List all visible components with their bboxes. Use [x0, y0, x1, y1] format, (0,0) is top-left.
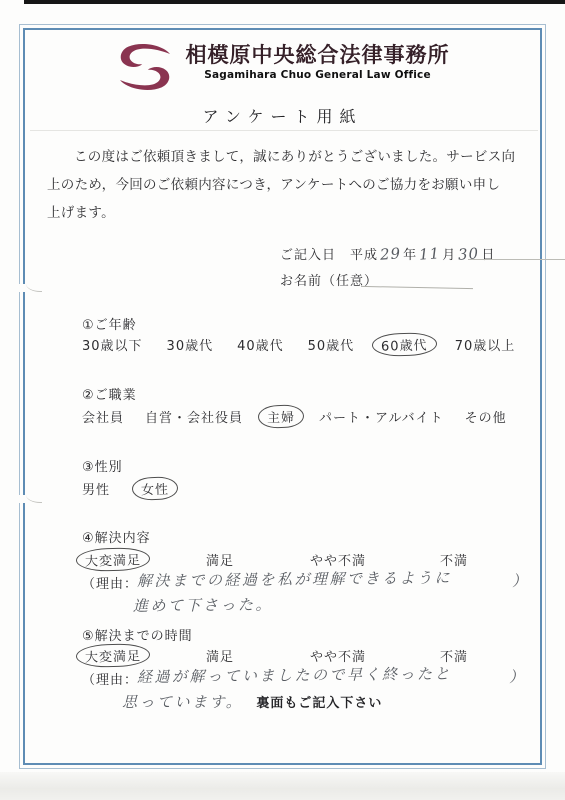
crease-line	[30, 130, 538, 131]
intro-line: この度はご依頼頂きまして，誠にありがとうございました。サービス向	[47, 143, 527, 171]
scan-edge-bar	[24, 0, 565, 4]
handwritten-paren: ）	[512, 570, 530, 591]
office-name-english: Sagamihara Chuo General Law Office	[186, 69, 450, 81]
date-underline	[468, 259, 565, 260]
question-result-title: ④解決内容	[82, 527, 151, 546]
intro-paragraph: この度はご依頼頂きまして，誠にありがとうございました。サービス向 上のため，今回…	[47, 143, 527, 227]
option: 男性	[82, 479, 110, 498]
era-label: 平成	[350, 248, 378, 263]
date-label: ご記入日	[280, 248, 336, 263]
option: 満足	[206, 550, 234, 569]
question-age-title: ①ご年齢	[82, 314, 137, 333]
option: 自営・会社役員	[145, 407, 243, 426]
option: 70歳以上	[455, 335, 516, 354]
question-time-title: ⑤解決までの時間	[82, 625, 193, 644]
handwritten-reason: 解決までの経過を私が理解できるように	[137, 567, 452, 591]
intro-line: 上のため，今回のご依頼内容につき，アンケートへのご協力をお願い申し	[47, 171, 527, 199]
office-name: 相模原中央総合法律事務所	[186, 42, 450, 67]
reason-label: （理由：	[82, 573, 138, 592]
handwritten-paren: ）	[509, 666, 527, 687]
option-selected-circle: 主婦	[258, 404, 305, 428]
option: 会社員	[82, 407, 124, 426]
option: やや不満	[310, 550, 366, 569]
letterhead: 相模原中央総合法律事務所 Sagamihara Chuo General Law…	[0, 42, 565, 92]
question-job-title: ②ご職業	[82, 384, 137, 403]
question-gender-title: ③性別	[82, 456, 123, 475]
year-unit: 年	[403, 248, 417, 263]
reason-label: （理由：	[82, 669, 138, 688]
handwritten-reason: 思っています。	[122, 693, 243, 711]
handwritten-month: 11	[419, 244, 441, 263]
entry-date-row: ご記入日平成29年11月30日	[280, 244, 495, 263]
handwritten-day: 30	[458, 244, 480, 263]
handwritten-reason: 経過が解っていましたので早く終ったと	[137, 663, 452, 687]
intro-line: 上げます。	[47, 199, 527, 227]
option: 満足	[206, 646, 234, 665]
month-unit: 月	[442, 248, 456, 263]
handwritten-year: 29	[379, 244, 401, 263]
option: やや不満	[310, 646, 366, 665]
day-unit: 日	[481, 248, 495, 263]
question-job-options: 会社員 自営・会社役員 主婦 パート・アルバイト その他	[82, 407, 507, 426]
scan-bottom-shadow	[0, 772, 565, 800]
option-selected-circle: 大変満足	[76, 547, 151, 572]
option-selected-circle: 女性	[132, 476, 179, 500]
form-title: アンケート用紙	[0, 104, 565, 127]
letterhead-text: 相模原中央総合法律事務所 Sagamihara Chuo General Law…	[186, 42, 450, 81]
question-gender-options: 男性 女性	[82, 479, 172, 498]
handwritten-reason: 進めて下さった。	[133, 594, 273, 616]
option: その他	[465, 407, 507, 426]
option: 50歳代	[308, 335, 355, 354]
option: パート・アルバイト	[319, 407, 444, 426]
law-office-s-swirl-logo	[116, 42, 174, 92]
reason-second-line-row: 思っています。 裏面もご記入下さい	[122, 691, 382, 712]
scanned-survey-page: 相模原中央総合法律事務所 Sagamihara Chuo General Law…	[0, 0, 565, 800]
back-side-note: 裏面もご記入下さい	[256, 696, 382, 711]
option: 40歳代	[237, 335, 284, 354]
option-selected-circle: 大変満足	[76, 643, 151, 668]
question-age-options: 30歳以下 30歳代 40歳代 50歳代 60歳代 70歳以上	[82, 335, 515, 354]
option: 30歳代	[167, 335, 214, 354]
option: 30歳以下	[82, 335, 143, 354]
option-selected-circle: 60歳代	[372, 332, 437, 357]
